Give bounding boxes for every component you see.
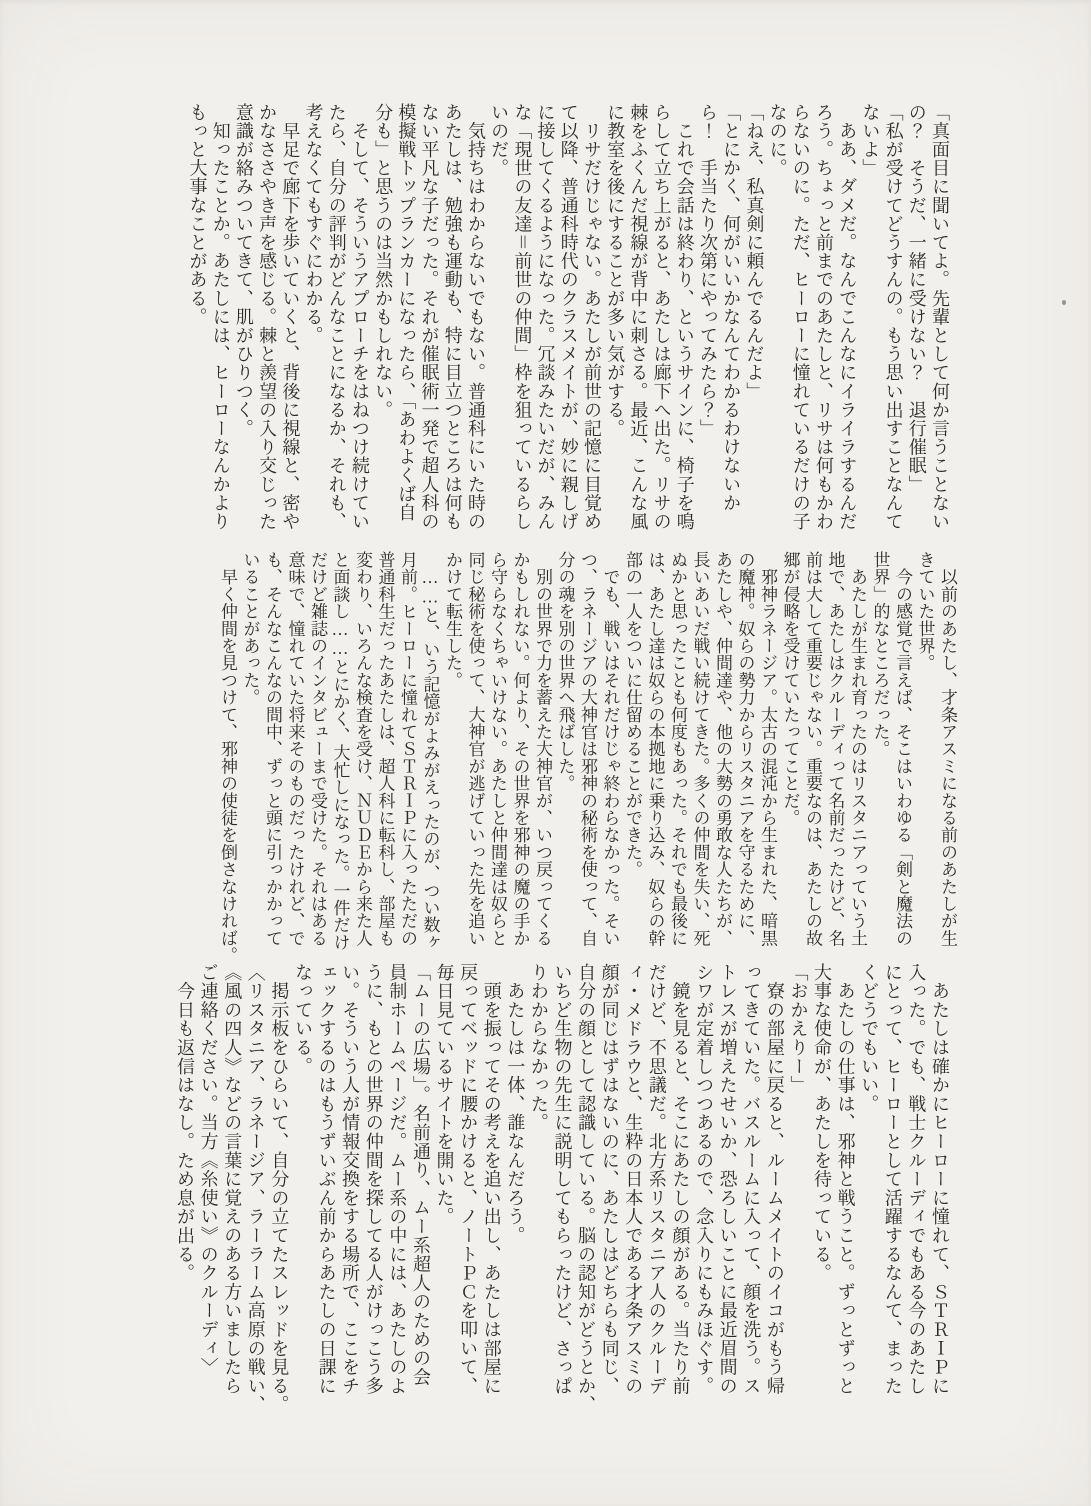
text-line: りわからなかった。 — [526, 963, 550, 1423]
text-line: だけど、不思議だ。北方系リスタニア人のクルーデ — [644, 963, 668, 1423]
text-line: でも、戦いはそれだけじゃ終わらなかった。そい — [598, 551, 621, 959]
text-line: て以降、普通科時代のクラスメイトが、妙に親しげ — [557, 103, 580, 555]
text-line: と面談し……とにかく、大忙しになった。一件だけ — [328, 551, 351, 959]
text-line: 早足で廊下を歩いていくと、背後に視線と、密や — [278, 103, 301, 555]
text-line: かけて転生した。 — [441, 551, 464, 959]
text-line: 郷が侵略を受けていたってことだ。 — [778, 551, 801, 959]
scanned-page: 「真面目に聞いてよ。先輩として何か言うことないの？ そうだ、一緒に受けない？ 退… — [0, 0, 1091, 1506]
text-line: の魔神。奴らの勢力からリスタニアを守るために、 — [733, 551, 756, 959]
text-line: いることがあった。 — [238, 551, 261, 959]
text-line: 掲示板をひらいて、自分の立てたスレッドを見る。 — [267, 963, 291, 1423]
text-line: 意識が絡みついてきて、肌がひりつく。 — [232, 103, 255, 555]
text-line: なのに。 — [765, 103, 788, 555]
text-line: うに、もとの世界の仲間を探してる人がけっこう多 — [361, 963, 385, 1423]
text-line: 模擬戦トップランカーになったら、「あわよくば自 — [394, 103, 417, 555]
text-line: あたしや、仲間達や、他の大勢の勇敢な人たちが、 — [711, 551, 734, 959]
text-line: 〈リスタニア、ラネージア、ラーラーム高原の戦い、 — [243, 963, 267, 1423]
text-line: ないよ」 — [858, 103, 881, 555]
text-line: あたしは、勉強も運動も、特に目立つところは何も — [441, 103, 464, 555]
text-line: 「とにかく、何がいいかなんてわかるわけないか — [719, 103, 742, 555]
text-line: 大事な使命が、あたしを待っている。 — [809, 963, 833, 1423]
text-line: ご連絡ください。当方《糸使い》のクルーディ〉 — [196, 963, 220, 1423]
text-line: だけど雑誌のインタビューまで受けた。それはある — [306, 551, 329, 959]
text-line: も、そんなこんなの間中、ずっと頭に引っかかって — [261, 551, 284, 959]
text-section-middle: 以前のあたし、才条アスミになる前のあたしが生きていた世界。 今の感覚で言えば、そ… — [216, 551, 959, 959]
text-line: 変わり、いろんな検査を受け、ＮＵＤＥから来た人 — [351, 551, 374, 959]
text-line: に教室を後にすることが多い気がする。 — [603, 103, 626, 555]
text-line: 知ったことか。あたしには、ヒーローなんかより — [209, 103, 232, 555]
text-line: くどうでもいい。 — [857, 963, 881, 1423]
text-line: ない平凡な子だった。それが催眠術一発で超人科の — [417, 103, 440, 555]
text-line: もっと大事なことがある。 — [185, 103, 208, 555]
text-line: トレスが増えたせいか、恐ろしいことに最近眉間の — [715, 963, 739, 1423]
text-line: 考えなくてもすぐにわかる。 — [301, 103, 324, 555]
text-section-bottom: あたしは確かにヒーローに憧れて、ＳＴＲＩＰに入った。でも、戦士クルーディでもある… — [172, 963, 951, 1423]
text-line: に接してくるようになった。冗談みたいだが、みん — [533, 103, 556, 555]
text-line: 入った。でも、戦士クルーディでもある今のあたし — [904, 963, 928, 1423]
text-line: 別の世界で力を蓄えた大神官が、いつ戻ってくる — [531, 551, 554, 959]
text-line: 員制ホームページだ。ムー系の中には、あたしのよ — [385, 963, 409, 1423]
text-line: ら！ 手当たり次第にやってみたら？」 — [696, 103, 719, 555]
text-line: の？ そうだ、一緒に受けない？ 退行催眠」 — [905, 103, 928, 555]
text-line: かもしれない。何より、その世界を邪神の魔の手か — [508, 551, 531, 959]
text-line: 気持ちはわからないでもない。普通科にいた時の — [464, 103, 487, 555]
text-line: 早く仲間を見つけて、邪神の使徒を倒さなければ。 — [216, 551, 239, 959]
text-line: きていた世界。 — [913, 551, 936, 959]
text-line: なっている。 — [290, 963, 314, 1423]
text-line: 「ねえ、私真剣に頼んでるんだよ」 — [742, 103, 765, 555]
text-line: 《風の四人》などの言葉に覚えのある方いましたら — [220, 963, 244, 1423]
text-line: シワが定着しつつあるので、念入りにもみほぐす。 — [691, 963, 715, 1423]
text-line: ェックするのはもうずいぶん前からあたしの日課に — [314, 963, 338, 1423]
text-line: い。そういう人が情報交換をする場所で、ここをチ — [338, 963, 362, 1423]
text-section-top: 「真面目に聞いてよ。先輩として何か言うことないの？ そうだ、一緒に受けない？ 退… — [185, 103, 951, 555]
text-line: ろう。ちょっと前までのあたしと、リサは何もかわ — [812, 103, 835, 555]
text-line: 地で、あたしはクルーディって名前だったけど、名 — [823, 551, 846, 959]
text-line: 戻ってベッドに腰かけると、ノートＰＣを叩いて、 — [456, 963, 480, 1423]
scan-speck — [1062, 300, 1066, 305]
text-line: は、あたし達は奴らの本拠地に乗り込み、奴らの幹 — [643, 551, 666, 959]
text-line: 鏡を見ると、そこにあたしの顔がある。当たり前 — [668, 963, 692, 1423]
text-line: 月前。ヒーローに憧れてＳＴＲＩＰに入ったただの — [396, 551, 419, 959]
text-line: 分も」と思うのは当然かもしれない。 — [371, 103, 394, 555]
text-line: らないのに。ただ、ヒーローに憧れているだけの子 — [789, 103, 812, 555]
text-line: 部の一人をついに仕留めることができた。 — [621, 551, 644, 959]
text-line: 棘をふくんだ視線が背中に刺さる。最近、こんな風 — [626, 103, 649, 555]
text-line: 世界」的なところだった。 — [868, 551, 891, 959]
text-line: 「私が受けてどうすんの。もう思い出すことなんて — [881, 103, 904, 555]
text-line: たら、自分の評判がどんなことになるか、それも、 — [325, 103, 348, 555]
text-line: 分の魂を別の世界へ飛ばした。 — [553, 551, 576, 959]
text-line: ってきていた。バスルームに入って、顔を洗う。ス — [739, 963, 763, 1423]
text-line: あたしは確かにヒーローに憧れて、ＳＴＲＩＰに — [927, 963, 951, 1423]
text-line: 以前のあたし、才条アスミになる前のあたしが生 — [936, 551, 959, 959]
text-line: ィ・メドラウと、生粋の日本人である才条アスミの — [621, 963, 645, 1423]
text-line: これで会話は終わり、というサインに、椅子を鳴 — [673, 103, 696, 555]
text-line: 同じ秘術を使って、大神官が逃げていった先を追い — [463, 551, 486, 959]
text-line: 今日も返信はなし。ため息が出る。 — [172, 963, 196, 1423]
text-line: あたしが生まれ育ったのはリスタニアっていう土 — [846, 551, 869, 959]
text-line: ら守らなくちゃいけない。あたしと仲間達は奴らと — [486, 551, 509, 959]
text-line: そして、そういうアプローチをはねつけ続けてい — [348, 103, 371, 555]
text-line: いちど生物の先生に説明してもらったけど、さっぱ — [550, 963, 574, 1423]
text-line: らして立ち上がると、あたしは廊下へ出た。リサの — [649, 103, 672, 555]
text-line: 自分の顔として認識している。脳の認知がどうとか、 — [574, 963, 598, 1423]
text-line: な「現世の友達＝前世の仲間」枠を狙っているらし — [510, 103, 533, 555]
text-line: にとって、ヒーローとして活躍するなんて、まった — [880, 963, 904, 1423]
text-line: かなささやき声を感じる。棘と羨望の入り交じった — [255, 103, 278, 555]
text-line: 「真面目に聞いてよ。先輩として何か言うことない — [928, 103, 951, 555]
text-line: ああ、ダメだ。なんでこんなにイライラするんだ — [835, 103, 858, 555]
text-line: 前は大して重要じゃない。重要なのは、あたしの故 — [801, 551, 824, 959]
text-line: あたしの仕事は、邪神と戦うこと。ずっとずっと — [833, 963, 857, 1423]
text-line: いのだ。 — [487, 103, 510, 555]
text-line: 意味で、憧れていた将来そのものだったけれど、で — [283, 551, 306, 959]
text-line: 「おかえりー」 — [786, 963, 810, 1423]
text-line: 寮の部屋に戻ると、ルームメイトのイコがもう帰 — [762, 963, 786, 1423]
text-line: 普通科生だったあたしは、超人科に転科し、部屋も — [373, 551, 396, 959]
text-line: 長いあいだ戦い続けてきた。多くの仲間を失い、死 — [688, 551, 711, 959]
text-line: つ、ラネージアの大神官は邪神の秘術を使って、自 — [576, 551, 599, 959]
text-line: ……と、いう記憶がよみがえったのが、つい数ヶ — [418, 551, 441, 959]
text-line: 毎日見ているサイトを開いた。 — [432, 963, 456, 1423]
text-line: 今の感覚で言えば、そこはいわゆる「剣と魔法の — [891, 551, 914, 959]
text-line: 邪神ラネージア。太古の混沌から生まれた、暗黒 — [756, 551, 779, 959]
text-line: 頭を振ってその考えを追い出し、あたしは部屋に — [479, 963, 503, 1423]
text-line: あたしは一体、誰なんだろう。 — [503, 963, 527, 1423]
text-line: 「ムーの広場」。名前通り、ムー系超人のための会 — [408, 963, 432, 1423]
text-line: リサだけじゃない。あたしが前世の記憶に目覚め — [580, 103, 603, 555]
text-line: 顔が同じはずはないのに、あたしはどちらも同じ、 — [597, 963, 621, 1423]
text-line: ぬかと思ったことも何度もあった。それでも最後に — [666, 551, 689, 959]
